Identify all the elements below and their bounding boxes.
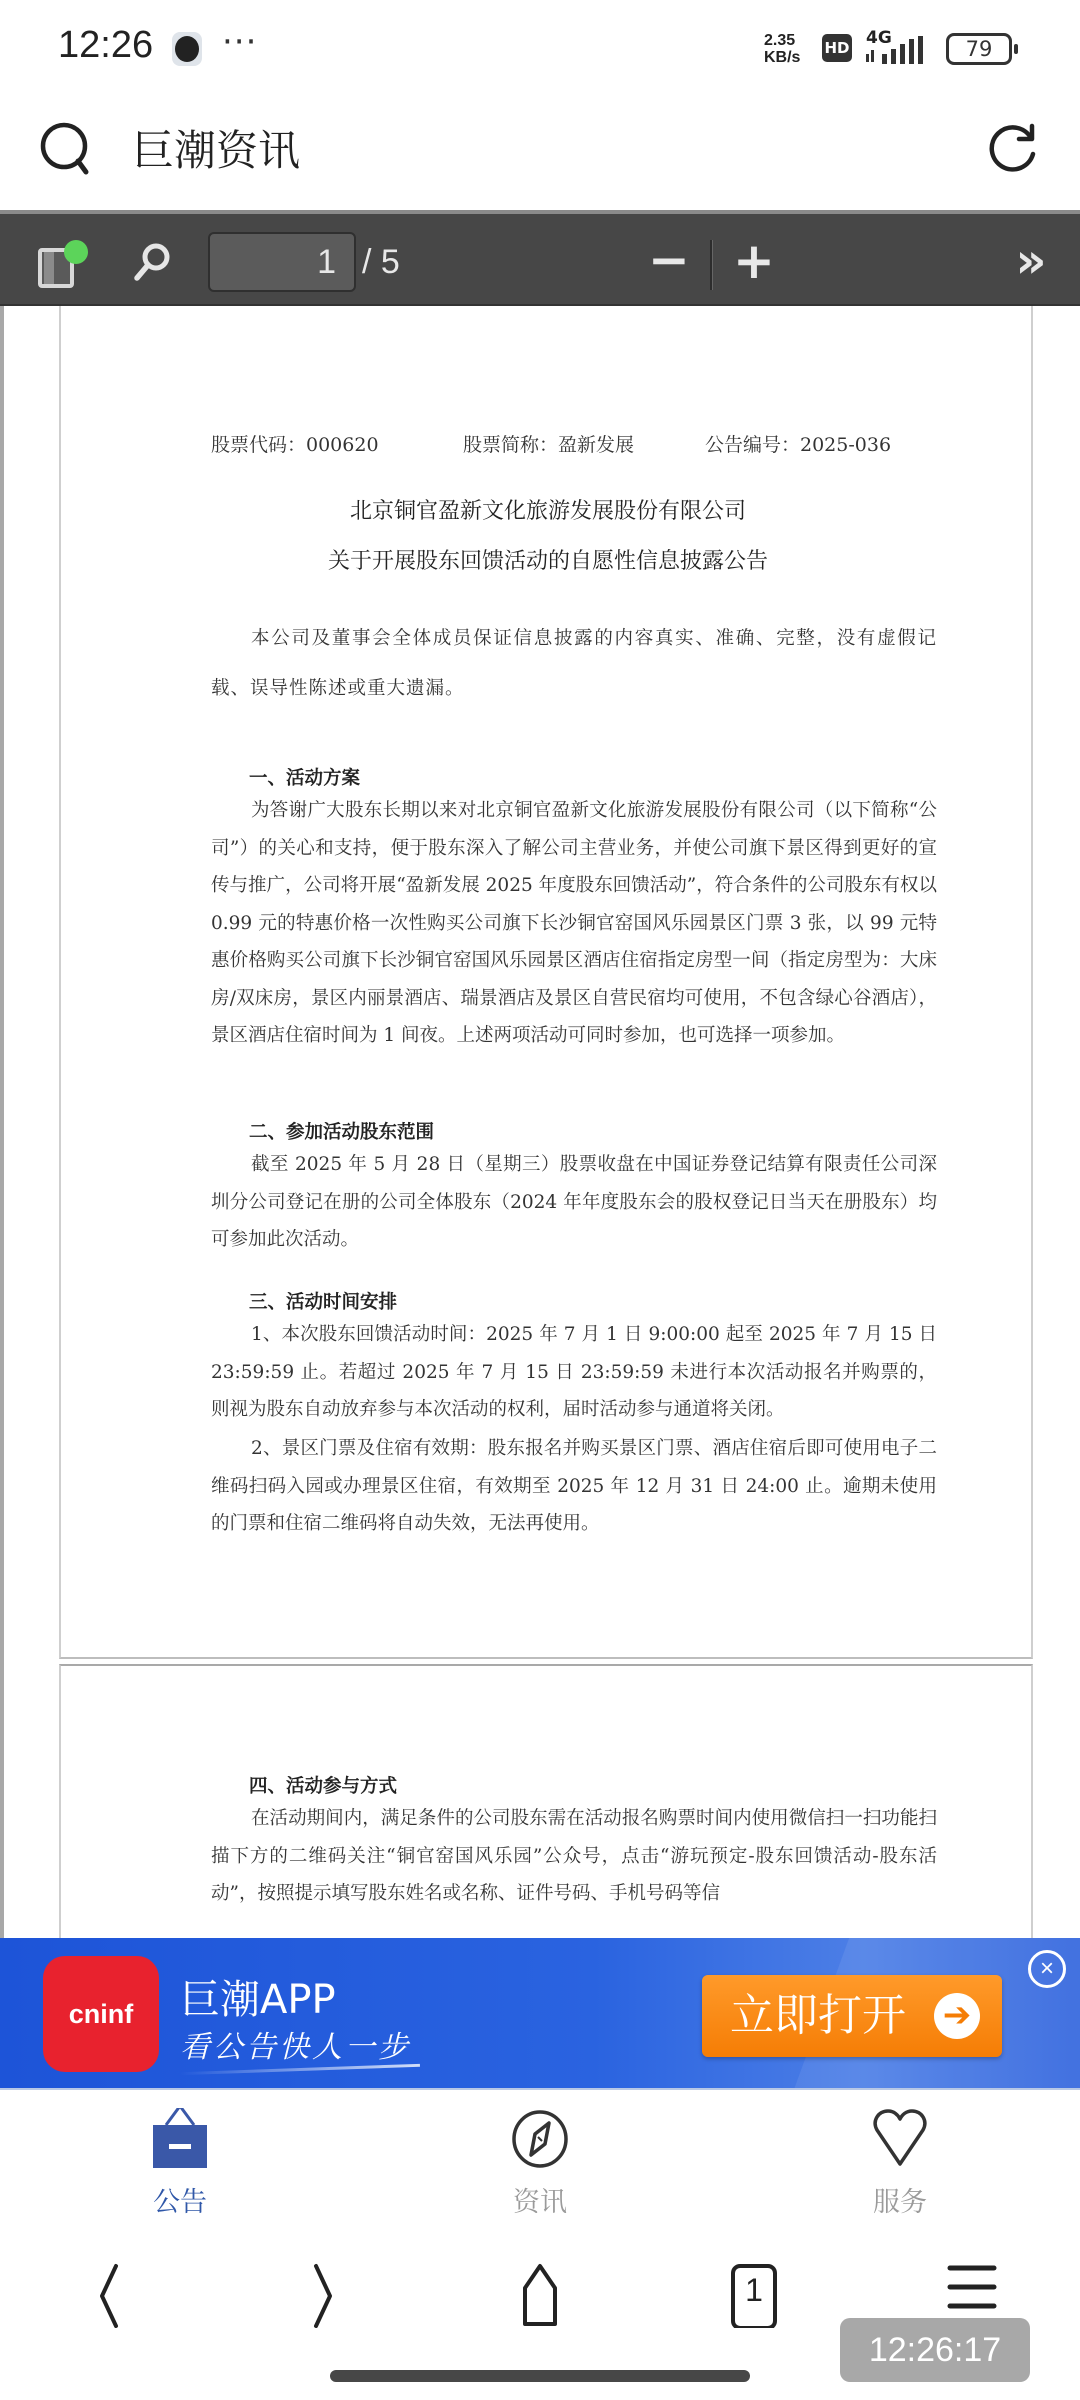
section-paragraph: 为答谢广大股东长期以来对北京铜官盈新文化旅游发展股份有限公司（以下简称“公司”）… (211, 792, 937, 1055)
pdf-toolbar: 1 / 5 − + » (0, 210, 1080, 306)
home-indicator[interactable] (330, 2370, 750, 2382)
banner-app-name: 巨潮APP (180, 1968, 336, 2025)
clock-app-icon (172, 32, 202, 66)
zoom-in-button[interactable]: + (732, 236, 776, 288)
network-speed: 2.35 KB/s (764, 32, 800, 66)
stock-name: 股票简称：盈新发展 (463, 430, 634, 457)
page-count: / 5 (362, 236, 400, 288)
compass-icon (510, 2108, 570, 2168)
tab-label: 公告 (100, 2180, 260, 2219)
pdf-pages[interactable]: 股票代码：000620 股票简称：盈新发展 公告编号：2025-036 北京铜官… (4, 306, 1080, 1938)
app-download-banner[interactable]: cninf 巨潮APP 看公告快人一步 立即打开 ➔ × (0, 1938, 1080, 2088)
open-app-button[interactable]: 立即打开 ➔ (702, 1975, 1002, 2057)
hd-badge-icon: HD (822, 34, 852, 62)
page-number-input[interactable]: 1 (208, 232, 356, 292)
section-heading: 四、活动参与方式 (249, 1772, 397, 1798)
tab-announcements[interactable]: 公告 (100, 2108, 260, 2218)
close-banner-button[interactable]: × (1028, 1950, 1066, 1988)
more-notifications-icon: ··· (222, 22, 257, 62)
home-icon[interactable] (505, 2258, 575, 2328)
section-heading: 三、活动时间安排 (249, 1288, 397, 1314)
tab-news[interactable]: 资讯 (460, 2108, 620, 2218)
stock-code: 股票代码：000620 (211, 430, 379, 457)
pdf-page-1: 股票代码：000620 股票简称：盈新发展 公告编号：2025-036 北京铜官… (59, 306, 1033, 1659)
open-app-label: 立即打开 (730, 1990, 906, 2041)
tab-label: 资讯 (460, 2180, 620, 2219)
notice-number: 公告编号：2025-036 (705, 430, 891, 457)
document-title-line-1: 北京铜官盈新文化旅游发展股份有限公司 (61, 494, 1035, 525)
pdf-viewer[interactable]: 1 / 5 − + » 股票代码：000620 股票简称：盈新发展 公告编号：2… (0, 210, 1080, 1938)
section-heading: 二、参加活动股东范围 (249, 1118, 434, 1144)
announcement-icon (150, 2108, 210, 2168)
page-title: 巨潮资讯 (132, 118, 300, 178)
search-icon[interactable] (38, 118, 94, 178)
back-icon[interactable] (72, 2258, 142, 2328)
forward-icon[interactable] (290, 2258, 360, 2328)
bottom-tab-bar: 公告 资讯 服务 (0, 2088, 1080, 2218)
tab-count: 1 (720, 2272, 788, 2309)
app-header: 巨潮资讯 (0, 90, 1080, 210)
network-speed-value: 2.35 (764, 32, 800, 49)
section-heading: 一、活动方案 (249, 764, 360, 790)
battery-icon: 79 (946, 33, 1012, 65)
arrow-right-icon: ➔ (934, 1993, 980, 2039)
banner-slogan: 看公告快人一步 (180, 2022, 411, 2066)
status-time: 12:26 (58, 24, 153, 67)
tab-label: 服务 (820, 2180, 980, 2219)
pdf-page-2: 四、活动参与方式 在活动期间内，满足条件的公司股东需在活动报名购票时间内使用微信… (59, 1664, 1033, 1938)
toolbar-separator (710, 240, 713, 290)
signal-strength-icon (866, 36, 936, 66)
section-paragraph: 2、景区门票及住宿有效期：股东报名并购买景区门票、酒店住宿后即可使用电子二维码扫… (211, 1430, 937, 1543)
cninf-logo-icon: cninf (43, 1956, 159, 2072)
zoom-out-button[interactable]: − (648, 238, 688, 286)
statement-paragraph: 本公司及董事会全体成员保证信息披露的内容真实、准确、完整，没有虚假记载、误导性陈… (211, 614, 937, 714)
refresh-icon[interactable] (985, 118, 1041, 178)
tab-services[interactable]: 服务 (820, 2108, 980, 2218)
section-paragraph: 1、本次股东回馈活动时间：2025 年 7 月 1 日 9:00:00 起至 2… (211, 1316, 937, 1429)
notification-dot (64, 240, 88, 264)
heart-icon (870, 2108, 930, 2168)
more-tools-button[interactable]: » (1006, 236, 1056, 288)
tabs-button[interactable]: 1 (720, 2258, 790, 2328)
find-icon[interactable] (130, 240, 174, 286)
status-bar: 12:26 ··· 2.35 KB/s HD 4G 79 (0, 0, 1080, 90)
network-speed-unit: KB/s (764, 49, 800, 66)
toggle-sidebar-button[interactable] (38, 240, 78, 290)
section-paragraph: 截至 2025 年 5 月 28 日（星期三）股票收盘在中国证券登记结算有限责任… (211, 1146, 937, 1259)
document-title-line-2: 关于开展股东回馈活动的自愿性信息披露公告 (61, 544, 1035, 575)
time-overlay: 12:26:17 (840, 2318, 1030, 2382)
section-paragraph: 在活动期间内，满足条件的公司股东需在活动报名购票时间内使用微信扫一扫功能扫描下方… (211, 1800, 937, 1913)
